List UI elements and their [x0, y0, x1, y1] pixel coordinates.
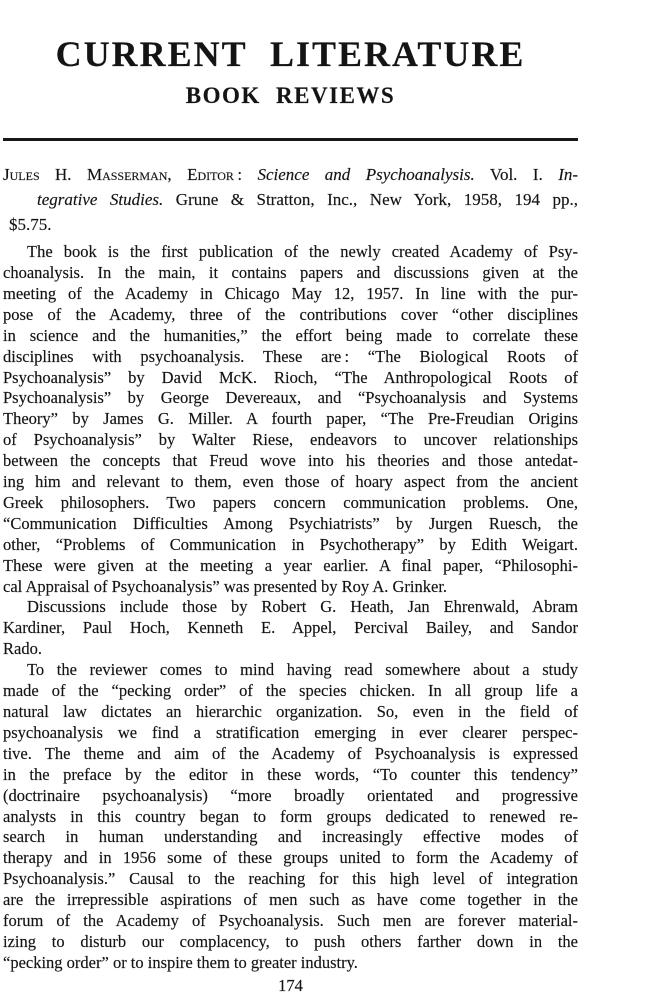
body-line: disciplines with psychoanalysis. These a…: [3, 347, 578, 368]
citation-line-3: $5.75.: [3, 212, 578, 237]
citation-subtitle-end: tegrative Studies.: [37, 190, 163, 209]
citation-line-2: tegrative Studies. Grune & Stratton, Inc…: [3, 187, 578, 212]
body-line: between the concepts that Freud wove int…: [3, 451, 578, 472]
body-line: The book is the first publication of the…: [3, 242, 578, 263]
body-line: are the irrepressible aspirations of men…: [3, 890, 578, 911]
body-line: psychoanalysis we find a stratification …: [3, 723, 578, 744]
citation-author-editor: Jules H. Masserman, Editor :: [3, 165, 242, 184]
divider-rule: [3, 138, 578, 141]
scanned-document-page: CURRENT LITERATURE BOOK REVIEWS Jules H.…: [0, 0, 650, 997]
body-line: Kardiner, Paul Hoch, Kenneth E. Appel, P…: [3, 618, 578, 639]
body-line: (doctrinaire psychoanalysis) “more broad…: [3, 786, 578, 807]
body-line: Theory” by James G. Miller. A fourth pap…: [3, 409, 578, 430]
body-line: cal Appraisal of Psychoanalysis” was pre…: [3, 577, 578, 598]
body-line: forum of the Academy of Psychoanalysis. …: [3, 911, 578, 932]
body-line: analysts in this country began to form g…: [3, 807, 578, 828]
citation-volume: Vol. I.: [490, 165, 543, 184]
body-line: Psychoanalysis” by David McK. Rioch, “Th…: [3, 368, 578, 389]
body-line: “Communication Difficulties Among Psychi…: [3, 514, 578, 535]
body-line: Psychoanalysis” by George Devereaux, and…: [3, 388, 578, 409]
body-line: search in human understanding and increa…: [3, 827, 578, 848]
body-line: choanalysis. In the main, it contains pa…: [3, 263, 578, 284]
body-line: izing to disturb our complacency, to pus…: [3, 932, 578, 953]
citation-block: Jules H. Masserman, Editor : Science and…: [3, 162, 578, 237]
citation-price: $5.75.: [9, 215, 52, 234]
body-line: meeting of the Academy in Chicago May 12…: [3, 284, 578, 305]
body-line: tive. The theme and aim of the Academy o…: [3, 744, 578, 765]
text-column: CURRENT LITERATURE BOOK REVIEWS Jules H.…: [3, 0, 578, 996]
paragraph: To the reviewer comes to mind having rea…: [3, 660, 578, 974]
body-line: in science and the humanities,” the effo…: [3, 326, 578, 347]
body-line: “pecking order” or to inspire them to gr…: [3, 953, 578, 974]
page-number: 174: [3, 976, 578, 996]
citation-book-title: Science and Psychoanalysis.: [257, 165, 474, 184]
body-line: ing him and relevant to them, even those…: [3, 472, 578, 493]
body-line: Discussions include those by Robert G. H…: [3, 597, 578, 618]
review-body: The book is the first publication of the…: [3, 242, 578, 974]
body-line: therapy and in 1956 some of these groups…: [3, 848, 578, 869]
section-title: CURRENT LITERATURE: [3, 34, 578, 74]
body-line: natural law dictates an hierarchic organ…: [3, 702, 578, 723]
citation-publisher: Grune & Stratton, Inc., New York, 1958, …: [176, 190, 578, 209]
body-line: Rado.: [3, 639, 578, 660]
body-line: other, “Problems of Communication in Psy…: [3, 535, 578, 556]
page-header: CURRENT LITERATURE BOOK REVIEWS: [3, 34, 578, 109]
body-line: made of the “pecking order” of the speci…: [3, 681, 578, 702]
paragraph: The book is the first publication of the…: [3, 242, 578, 597]
body-line: pose of the Academy, three of the contri…: [3, 305, 578, 326]
citation-line-1: Jules H. Masserman, Editor : Science and…: [3, 162, 578, 187]
paragraph: Discussions include those by Robert G. H…: [3, 597, 578, 660]
citation-subtitle-start: In-: [558, 165, 578, 184]
body-line: Greek philosophers. Two papers concern c…: [3, 493, 578, 514]
body-line: To the reviewer comes to mind having rea…: [3, 660, 578, 681]
body-line: in the preface by the editor in these wo…: [3, 765, 578, 786]
body-line: Psychoanalysis.” Causal to the reaching …: [3, 869, 578, 890]
body-line: of Psychoanalysis” by Walter Riese, ende…: [3, 430, 578, 451]
section-subtitle: BOOK REVIEWS: [3, 83, 578, 109]
body-line: These were given at the meeting a year e…: [3, 556, 578, 577]
